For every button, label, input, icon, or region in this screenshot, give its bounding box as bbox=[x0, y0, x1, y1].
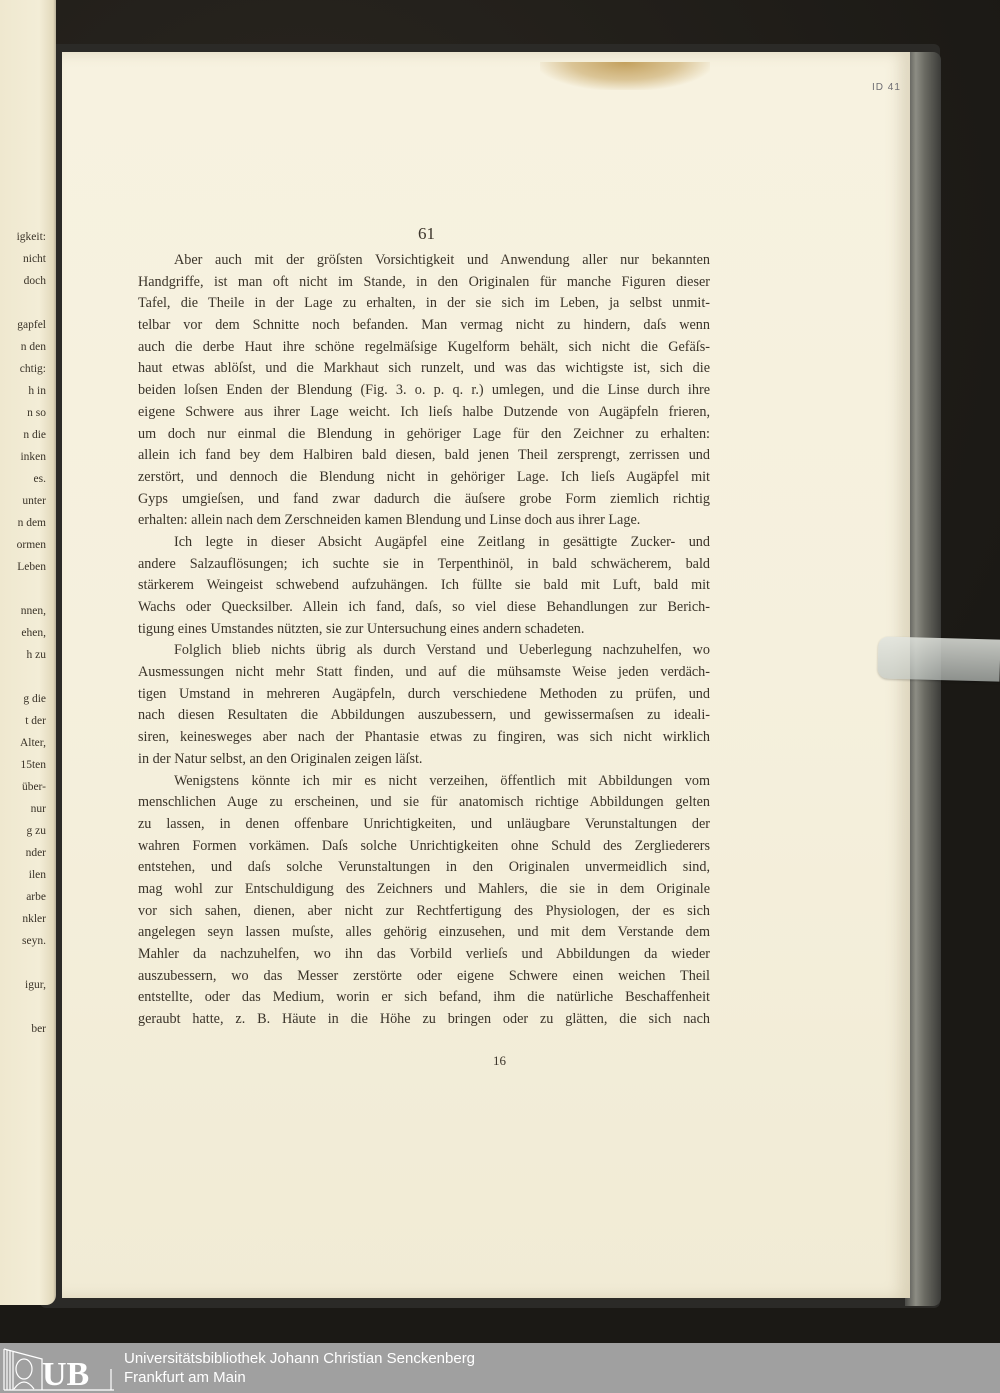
svg-text:UB: UB bbox=[42, 1356, 89, 1391]
text-line: auch die derbe Haut ihre schöne regelmäſ… bbox=[138, 337, 710, 359]
left-page-fragment: igur, bbox=[0, 974, 46, 996]
left-page-fragment: seyn. bbox=[0, 930, 46, 952]
left-page-fragment: arbe bbox=[0, 886, 46, 908]
text-line: Ich legte in dieser Absicht Augäpfel ein… bbox=[138, 532, 710, 554]
text-line: Wachs oder Quecksilber. Allein ich fand,… bbox=[138, 597, 710, 619]
institution-city: Frankfurt am Main bbox=[124, 1368, 475, 1387]
left-page-fragment: g zu bbox=[0, 820, 46, 842]
text-line: Handgriffe, ist man oft nicht im Stande,… bbox=[138, 272, 710, 294]
text-line: nach diesen Resultaten die Abbildungen a… bbox=[138, 705, 710, 727]
left-page-fragment: nkler bbox=[0, 908, 46, 930]
text-line: entstellte, oder das Medium, worin er si… bbox=[138, 987, 710, 1009]
text-line: haut etwas ablöſst, und die Markhaut sic… bbox=[138, 358, 710, 380]
text-line: allein ich fand bey dem Halbiren bald di… bbox=[138, 445, 710, 467]
left-page-fragment: ilen bbox=[0, 864, 46, 886]
left-page-fragment: doch bbox=[0, 270, 46, 292]
left-page-fragment: ber bbox=[0, 1018, 46, 1040]
text-line: Aber auch mit der gröſsten Vorsichtigkei… bbox=[138, 250, 710, 272]
left-page-fragment bbox=[0, 996, 46, 1018]
text-line: tigung eines Umstandes nützten, sie zur … bbox=[138, 619, 710, 641]
left-page-fragment bbox=[0, 952, 46, 974]
institution-name: Universitätsbibliothek Johann Christian … bbox=[124, 1349, 475, 1368]
footer-institution: Universitätsbibliothek Johann Christian … bbox=[124, 1349, 475, 1387]
left-page-fragment: nur bbox=[0, 798, 46, 820]
left-page-fragment: n die bbox=[0, 424, 46, 446]
left-page-fragment: über- bbox=[0, 776, 46, 798]
text-line: angelegen seyn lassen muſste, alles gehö… bbox=[138, 922, 710, 944]
ub-logo-icon: UB bbox=[2, 1347, 114, 1391]
left-page-fragment: unter bbox=[0, 490, 46, 512]
text-line: Gyps umgieſsen, und fand zwar dadurch di… bbox=[138, 489, 710, 511]
left-page-fragment: 15ten bbox=[0, 754, 46, 776]
left-facing-page: igkeit:nichtdochgapfeln denchtig:h inn s… bbox=[0, 0, 56, 1305]
left-page-fragment: h in bbox=[0, 380, 46, 402]
left-page-fragment: t der bbox=[0, 710, 46, 732]
page-number: 61 bbox=[418, 224, 435, 244]
left-page-fragment: nder bbox=[0, 842, 46, 864]
text-line: eigene Schwere aus ihrer Lage weicht. Ic… bbox=[138, 402, 710, 424]
left-page-fragment: igkeit: bbox=[0, 226, 46, 248]
text-line: wahren Formen vorkämen. Daſs solche Unri… bbox=[138, 836, 710, 858]
body-text: Aber auch mit der gröſsten Vorsichtigkei… bbox=[138, 250, 710, 1031]
text-line: geraubt hatte, z. B. Häute in die Höhe z… bbox=[138, 1009, 710, 1031]
left-page-fragment: h zu bbox=[0, 644, 46, 666]
left-page-fragment: n so bbox=[0, 402, 46, 424]
left-page-fragment: g die bbox=[0, 688, 46, 710]
left-page-fragment bbox=[0, 292, 46, 314]
text-line: zu lassen, in denen offenbare Unrichtigk… bbox=[138, 814, 710, 836]
text-line: um doch nur einmal die Blendung in gehör… bbox=[138, 424, 710, 446]
left-page-fragment: Leben bbox=[0, 556, 46, 578]
text-line: Ausmessungen nicht mehr Statt finden, un… bbox=[138, 662, 710, 684]
text-line: zerstört, und dennoch die Blendung nicht… bbox=[138, 467, 710, 489]
text-line: beiden loſsen Enden der Blendung (Fig. 3… bbox=[138, 380, 710, 402]
left-page-fragment: ormen bbox=[0, 534, 46, 556]
left-page-fragment: inken bbox=[0, 446, 46, 468]
text-line: Mahler da nachzuhelfen, wo ihn das Vorbi… bbox=[138, 944, 710, 966]
left-page-text-fragments: igkeit:nichtdochgapfeln denchtig:h inn s… bbox=[0, 226, 46, 1040]
left-page-fragment: chtig: bbox=[0, 358, 46, 380]
left-page-fragment: ehen, bbox=[0, 622, 46, 644]
left-page-fragment: es. bbox=[0, 468, 46, 490]
left-page-fragment: nicht bbox=[0, 248, 46, 270]
text-line: menschlichen Auge zu erscheinen, und sie… bbox=[138, 792, 710, 814]
text-line: entstehen, und daſs solche Verunstaltung… bbox=[138, 857, 710, 879]
left-page-fragment: gapfel bbox=[0, 314, 46, 336]
left-page-fragment: n den bbox=[0, 336, 46, 358]
signature-mark: 16 bbox=[493, 1053, 506, 1069]
page-clip-bookmark bbox=[877, 636, 1000, 681]
text-line: andere Salzauflösungen; ich suchte sie i… bbox=[138, 554, 710, 576]
text-line: auszubessern, wo das Messer zerstörte od… bbox=[138, 966, 710, 988]
shelfmark-note: ID 41 bbox=[872, 82, 901, 93]
text-line: telbar vor dem Schnitte noch befanden. M… bbox=[138, 315, 710, 337]
left-page-fragment: nnen, bbox=[0, 600, 46, 622]
text-line: in der Natur selbst, an den Originalen z… bbox=[138, 749, 710, 771]
left-page-fragment: Alter, bbox=[0, 732, 46, 754]
text-line: Wenigstens könnte ich mir es nicht verze… bbox=[138, 771, 710, 793]
text-line: tigen Umstand in mehreren Augäpfeln, dur… bbox=[138, 684, 710, 706]
text-line: vor sich sahen, dienen, aber nicht zur R… bbox=[138, 901, 710, 923]
text-line: Folglich blieb nichts übrig als durch Ve… bbox=[138, 640, 710, 662]
text-line: Tafel, die Theile in der Lage zu erhalte… bbox=[138, 293, 710, 315]
text-line: erhalten: allein nach dem Zerschneiden k… bbox=[138, 510, 710, 532]
water-stain bbox=[540, 62, 710, 90]
text-line: stärkerem Weingeist schwebend aufzuhänge… bbox=[138, 575, 710, 597]
text-line: mag wohl zur Entschuldigung des Zeichner… bbox=[138, 879, 710, 901]
left-page-fragment bbox=[0, 666, 46, 688]
left-page-fragment: n dem bbox=[0, 512, 46, 534]
text-line: siren, keinesweges aber nach der Phantas… bbox=[138, 727, 710, 749]
left-page-fragment bbox=[0, 578, 46, 600]
